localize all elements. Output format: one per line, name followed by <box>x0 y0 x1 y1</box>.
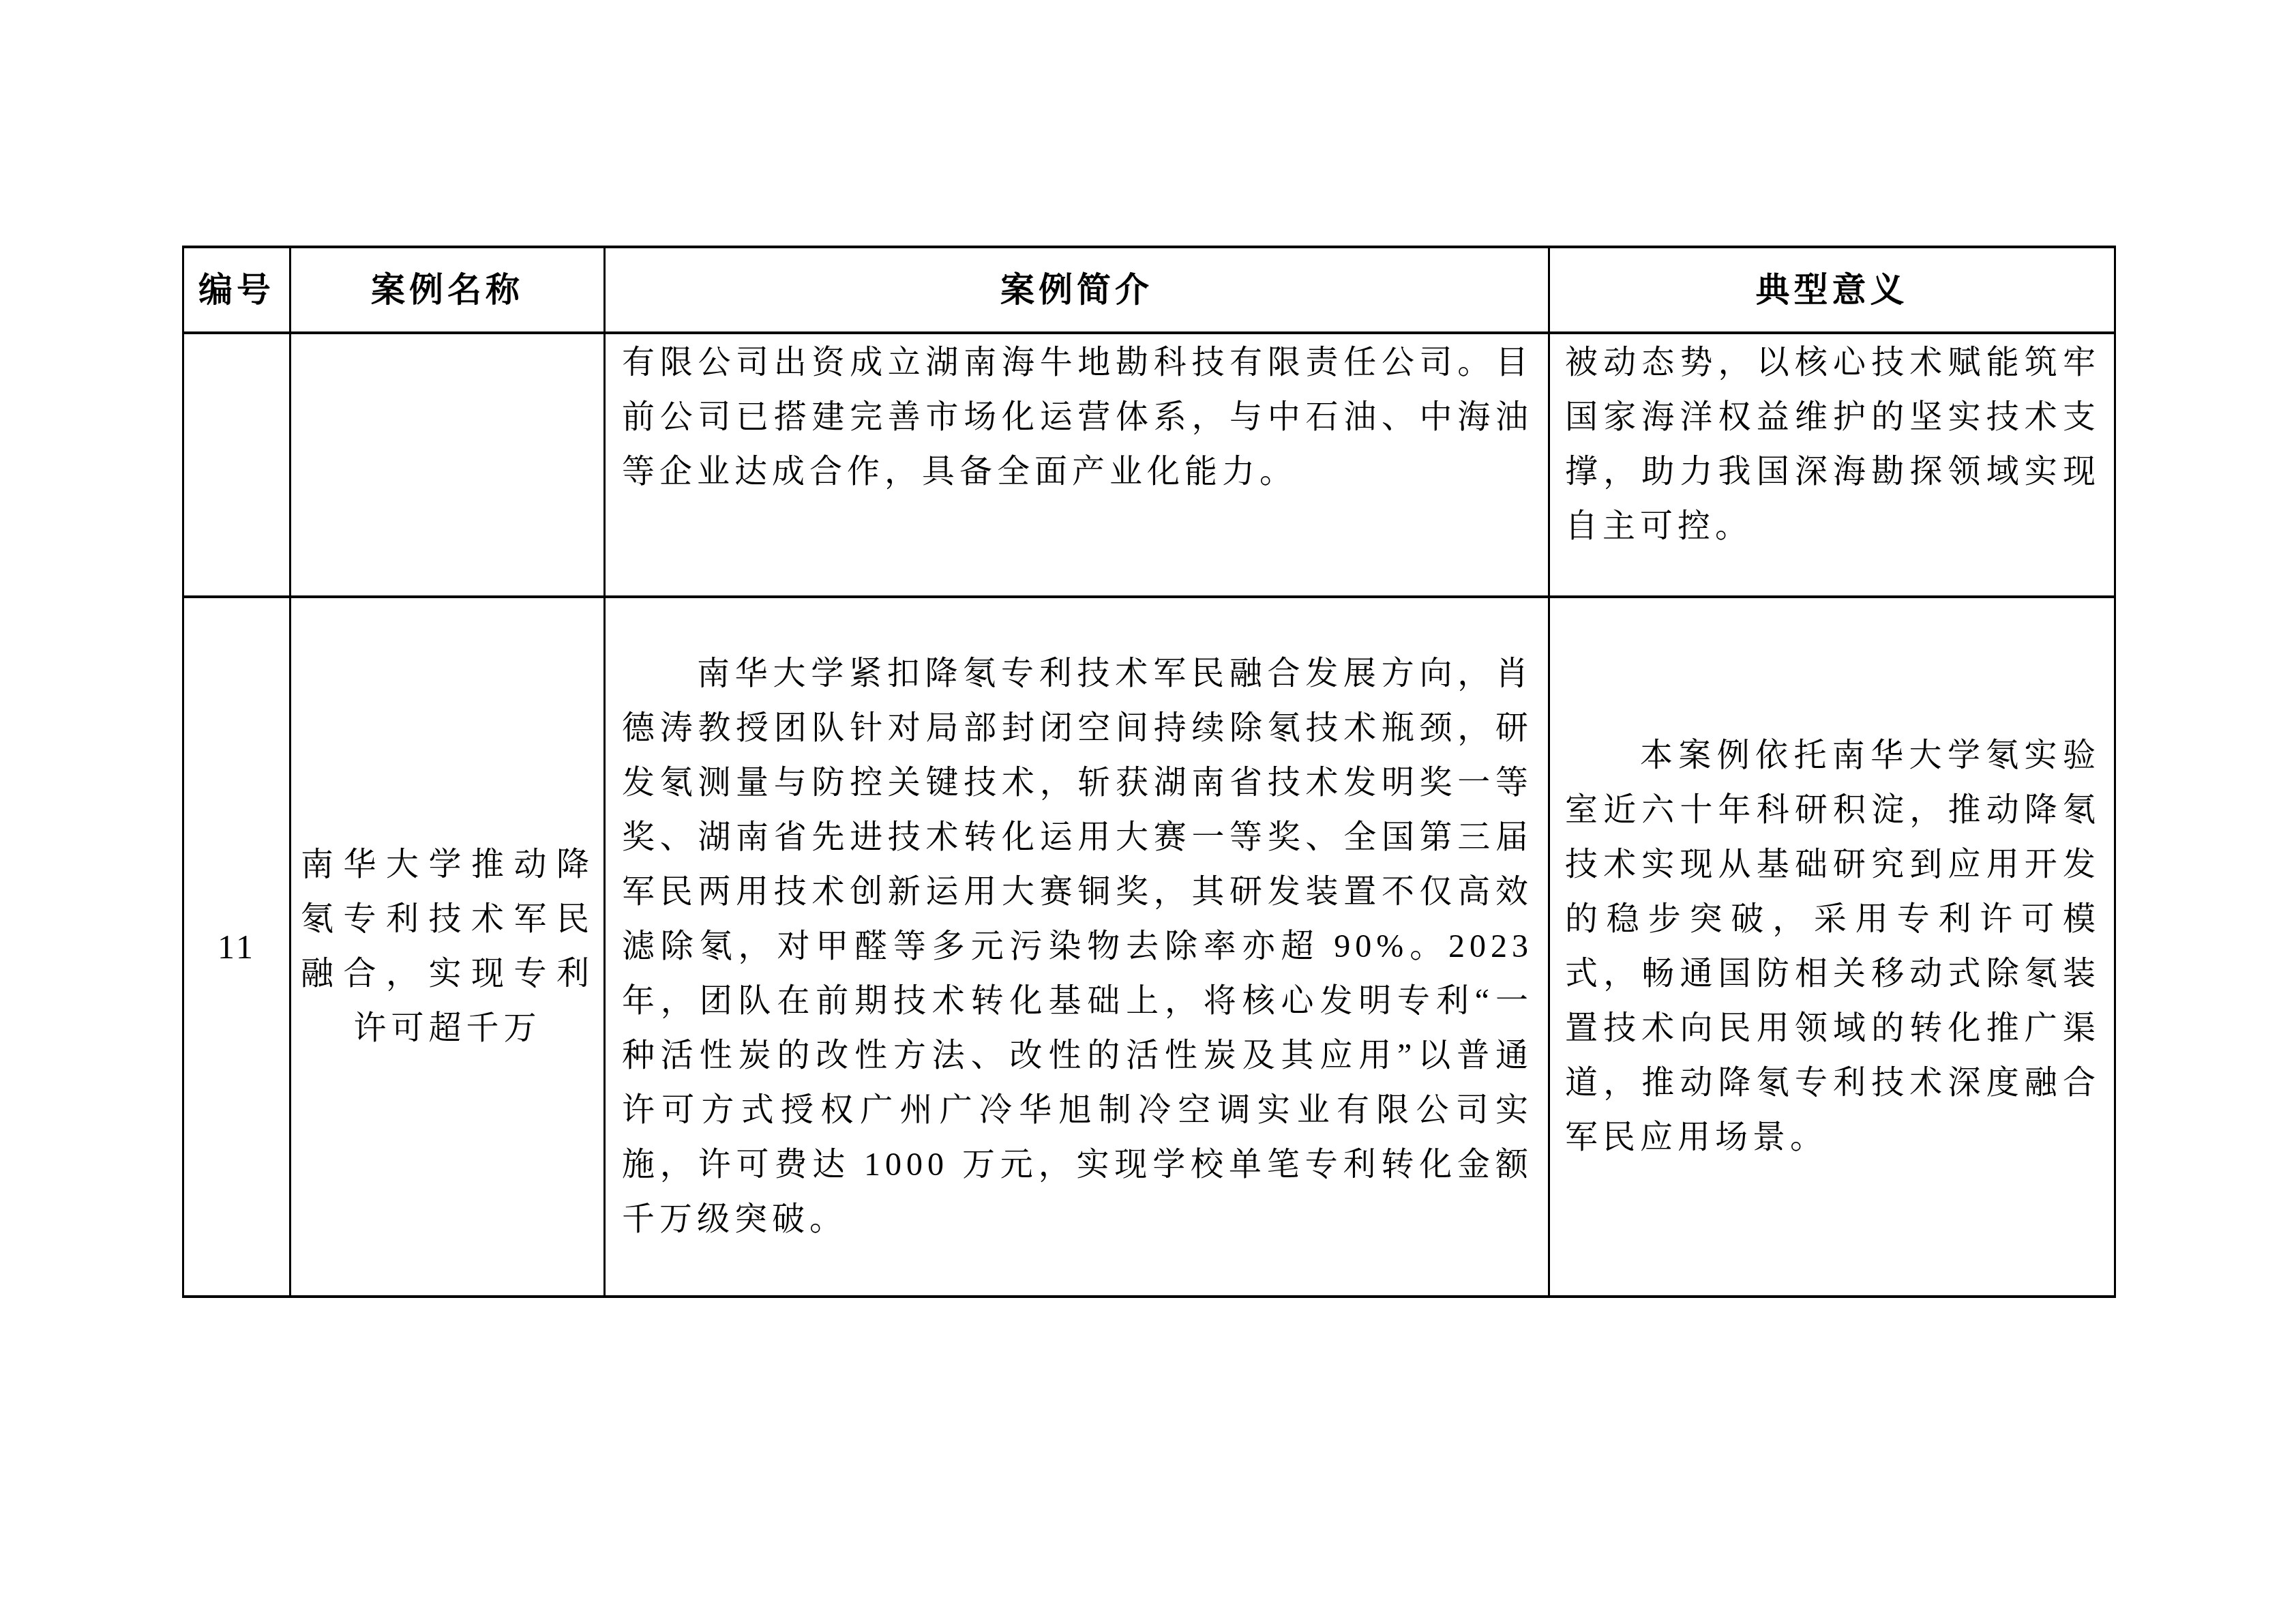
case-number-cell: 11 <box>184 598 291 1295</box>
table-header-row: 编号 案例名称 案例简介 典型意义 <box>184 248 2114 334</box>
header-case-name: 案例名称 <box>291 248 606 331</box>
case-intro-cell: 有限公司出资成立湖南海牛地勘科技有限责任公司。目前公司已搭建完善市场化运营体系，… <box>606 334 1550 595</box>
case-significance-cell: 被动态势，以核心技术赋能筑牢国家海洋权益维护的坚实技术支撑，助力我国深海勘探领域… <box>1550 334 2114 595</box>
case-significance-text: 本案例依托南华大学氡实验室近六十年科研积淀，推动降氡技术实现从基础研究到应用开发… <box>1565 728 2100 1165</box>
case-intro-cell: 南华大学紧扣降氡专利技术军民融合发展方向，肖德涛教授团队针对局部封闭空间持续除氡… <box>606 598 1550 1295</box>
header-case-intro: 案例简介 <box>606 248 1550 331</box>
table-row-continuation: 有限公司出资成立湖南海牛地勘科技有限责任公司。目前公司已搭建完善市场化运营体系，… <box>184 334 2114 598</box>
case-name-text: 南华大学推动降氡专利技术军民融合，实现专利许可超千万 <box>301 838 594 1056</box>
case-intro-text: 南华大学紧扣降氡专利技术军民融合发展方向，肖德涛教授团队针对局部封闭空间持续除氡… <box>622 647 1533 1247</box>
table-row-case-11: 11 南华大学推动降氡专利技术军民融合，实现专利许可超千万 南华大学紧扣降氡专利… <box>184 598 2114 1295</box>
case-number-cell <box>184 334 291 595</box>
cases-table: 编号 案例名称 案例简介 典型意义 有限公司出资成立湖南海牛地勘科技有限责任公司… <box>182 246 2116 1298</box>
header-case-significance: 典型意义 <box>1550 248 2114 331</box>
case-intro-text: 有限公司出资成立湖南海牛地勘科技有限责任公司。目前公司已搭建完善市场化运营体系，… <box>622 336 1533 499</box>
case-significance-text: 被动态势，以核心技术赋能筑牢国家海洋权益维护的坚实技术支撑，助力我国深海勘探领域… <box>1565 336 2100 554</box>
header-case-number: 编号 <box>184 248 291 331</box>
case-significance-cell: 本案例依托南华大学氡实验室近六十年科研积淀，推动降氡技术实现从基础研究到应用开发… <box>1550 598 2114 1295</box>
case-name-cell <box>291 334 606 595</box>
case-name-cell: 南华大学推动降氡专利技术军民融合，实现专利许可超千万 <box>291 598 606 1295</box>
